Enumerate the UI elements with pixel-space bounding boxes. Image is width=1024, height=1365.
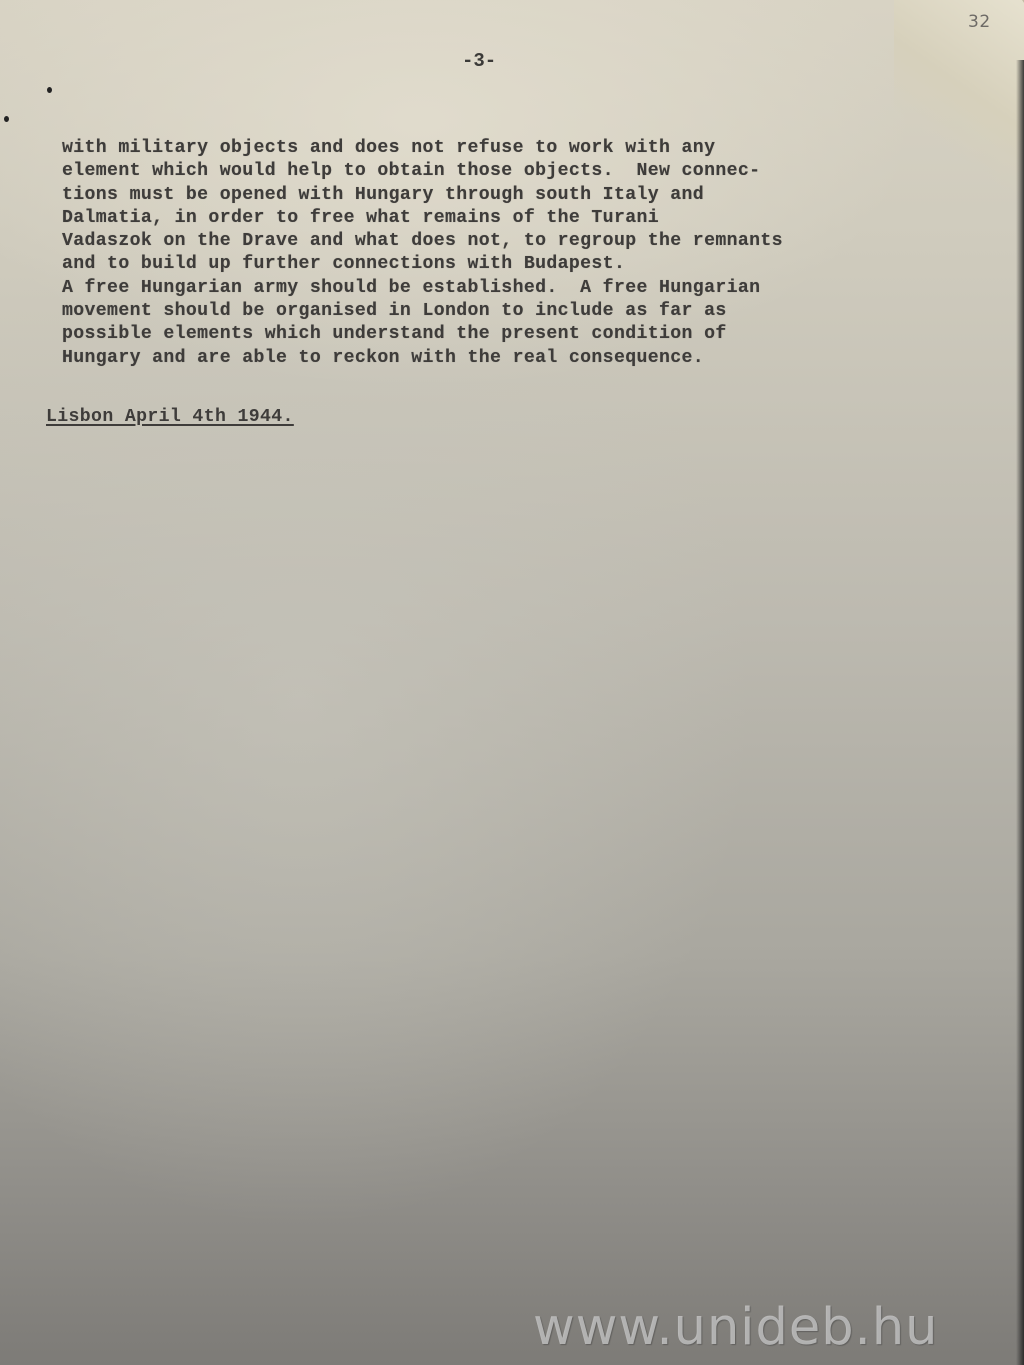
body-text: with military objects and does not refus…: [62, 137, 982, 370]
watermark: www.unideb.hu: [533, 1298, 938, 1357]
document-page: 32 -3- with military objects and does no…: [0, 0, 1024, 1365]
text-line: movement should be organised in London t…: [62, 301, 727, 321]
text-line: tions must be opened with Hungary throug…: [62, 185, 704, 205]
page-number: -3-: [462, 50, 496, 72]
place-and-date: Lisbon April 4th 1944.: [46, 407, 294, 427]
archive-folio-number: 32: [968, 12, 991, 32]
text-line: Hungary and are able to reckon with the …: [62, 348, 704, 368]
text-line: Vadaszok on the Drave and what does not,…: [62, 231, 783, 251]
text-line: and to build up further connections with…: [62, 254, 625, 274]
ink-dot-mark: [47, 87, 52, 93]
text-line: element which would help to obtain those…: [62, 161, 760, 181]
text-line: with military objects and does not refus…: [62, 138, 715, 158]
text-line: possible elements which understand the p…: [62, 324, 727, 344]
text-line: A free Hungarian army should be establis…: [62, 278, 760, 298]
ink-dot-mark: [4, 116, 9, 122]
text-line: Dalmatia, in order to free what remains …: [62, 208, 659, 228]
